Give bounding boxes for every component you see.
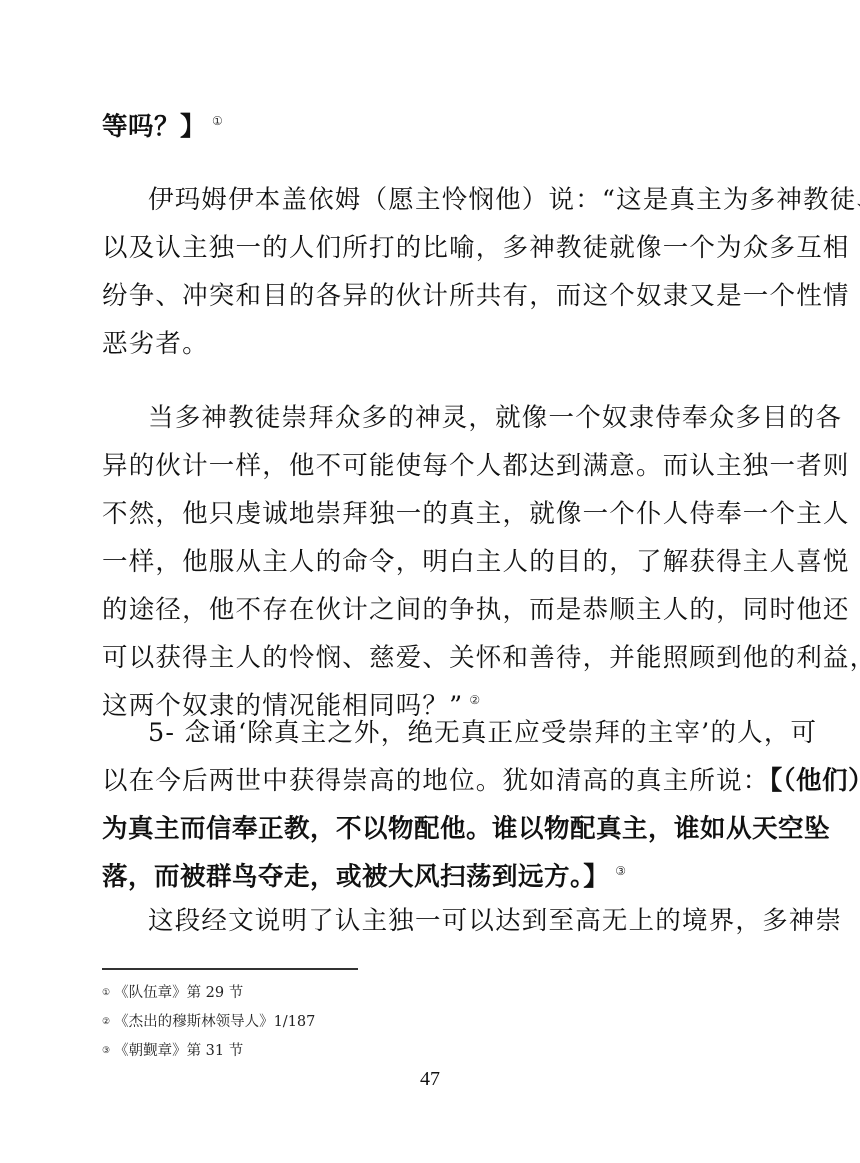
quran-quote-end: 落，而被群鸟夺走，或被大风扫荡到远方。】 <box>102 862 609 892</box>
footnote-ref-3[interactable]: ③ <box>615 864 626 878</box>
footnote-ref-1[interactable]: ① <box>212 114 223 128</box>
quran-quote-start: 【（他们） <box>770 766 860 796</box>
footnote-2: ②《杰出的穆斯林领导人》1/187 <box>102 1013 315 1031</box>
text-line: 5- 念诵‘除真主之外，绝无真正应受崇拜的主宰’的人，可 <box>148 718 758 748</box>
text-line: 的途径，他不存在伙计之间的争执，而是恭顺主人的，同时他还 <box>102 595 758 625</box>
text-line: 伊玛姆伊本盖依姆（愿主怜悯他）说：“这是真主为多神教徒、 <box>148 185 758 215</box>
footnote-text: 《杰出的穆斯林领导人》1/187 <box>114 1014 315 1030</box>
text-line: 可以获得主人的怜悯、慈爱、关怀和善待，并能照顾到他的利益， <box>102 643 758 673</box>
quran-quote-line: 落，而被群鸟夺走，或被大风扫荡到远方。】③ <box>102 862 758 892</box>
text-line: 当多神教徒崇拜众多的神灵，就像一个奴隶侍奉众多目的各 <box>148 403 758 433</box>
text-line: 纷争、冲突和目的各异的伙计所共有，而这个奴隶又是一个性情 <box>102 281 758 311</box>
text-line: 一样，他服从主人的命令，明白主人的目的，了解获得主人喜悦 <box>102 547 758 577</box>
text-line: 这两个奴隶的情况能相同吗？”② <box>102 691 758 721</box>
quote-end-text: 这两个奴隶的情况能相同吗？” <box>102 691 463 721</box>
text-line: 这段经文说明了认主独一可以达到至高无上的境界，多神崇 <box>148 906 758 936</box>
text-line: 恶劣者。 <box>102 329 758 359</box>
footnote-text: 《队伍章》第 29 节 <box>114 985 243 1001</box>
text-line: 等吗？】① <box>102 112 758 142</box>
footnote-mark: ② <box>102 1017 110 1027</box>
footnote-text: 《朝觐章》第 31 节 <box>114 1043 243 1059</box>
text-line: 以及认主独一的人们所打的比喻，多神教徒就像一个为众多互相 <box>102 233 758 263</box>
footnote-mark: ① <box>102 988 110 998</box>
text-line: 异的伙计一样，他不可能使每个人都达到满意。而认主独一者则 <box>102 451 758 481</box>
text-segment: 以在今后两世中获得崇高的地位。犹如清高的真主所说： <box>102 766 770 796</box>
page-number: 47 <box>420 1068 440 1091</box>
quran-quote-end: 等吗？】 <box>102 112 206 142</box>
footnote-ref-2[interactable]: ② <box>469 693 481 707</box>
text-line: 不然，他只虔诚地崇拜独一的真主，就像一个仆人侍奉一个主人 <box>102 499 758 529</box>
document-page: 等吗？】① 伊玛姆伊本盖依姆（愿主怜悯他）说：“这是真主为多神教徒、 以及认主独… <box>0 0 860 1163</box>
footnote-mark: ③ <box>102 1046 110 1056</box>
footnote-1: ①《队伍章》第 29 节 <box>102 984 243 1002</box>
footnote-separator <box>102 968 358 970</box>
quran-quote-line: 为真主而信奉正教，不以物配他。谁以物配真主，谁如从天空坠 <box>102 814 758 844</box>
footnote-3: ③《朝觐章》第 31 节 <box>102 1042 243 1060</box>
text-line: 以在今后两世中获得崇高的地位。犹如清高的真主所说：【（他们） <box>102 766 758 796</box>
